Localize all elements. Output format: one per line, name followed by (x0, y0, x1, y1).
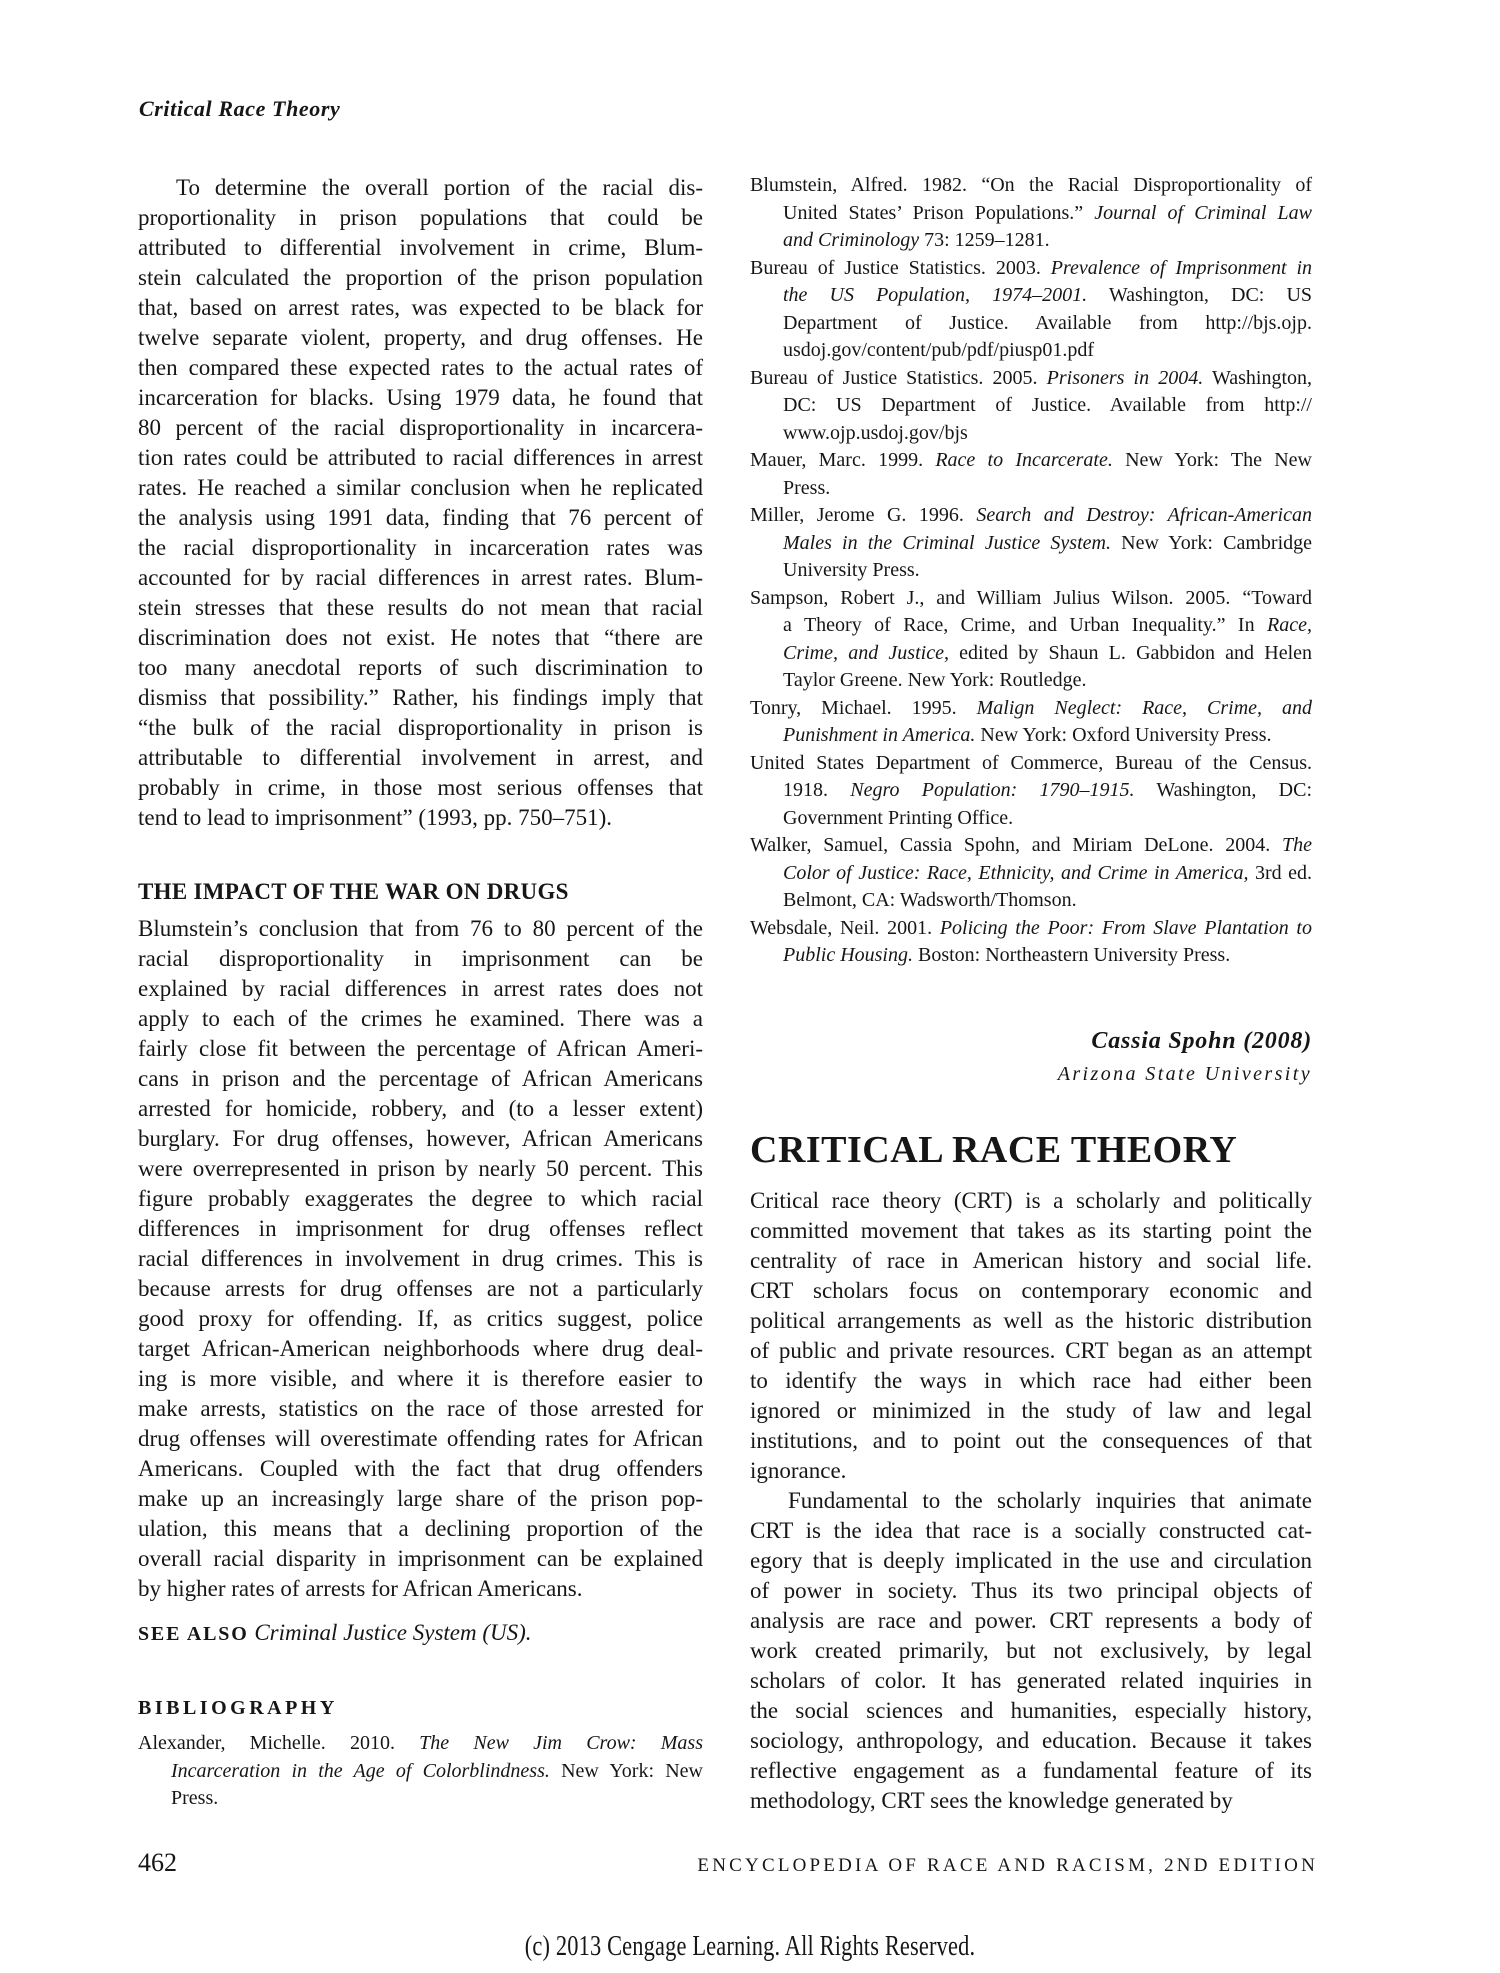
bibliography-entry: Walker, Samuel, Cassia Spohn, and Miriam… (750, 832, 1312, 915)
bibliography-entry: Alexander, Michelle. 2010. The New Jim C… (138, 1730, 703, 1813)
page-number: 462 (138, 1848, 177, 1878)
bibliography-entry: Sampson, Robert J., and William Julius W… (750, 585, 1312, 695)
bibliography-list-right: Blumstein, Alfred. 1982. “On the Racial … (750, 172, 1312, 970)
attribution-affiliation: Arizona State University (750, 1061, 1312, 1087)
see-also-reference: Criminal Justice System (US). (254, 1620, 531, 1645)
bibliography-list-left: Alexander, Michelle. 2010. The New Jim C… (138, 1730, 703, 1813)
section-heading-war-on-drugs: THE IMPACT OF THE WAR ON DRUGS (138, 877, 703, 907)
bibliography-entry: Bureau of Justice Statistics. 2003. Prev… (750, 255, 1312, 365)
copyright-notice: (c) 2013 Cengage Learning. All Rights Re… (150, 1931, 1350, 1963)
bibliography-entry: United States Department of Commerce, Bu… (750, 750, 1312, 833)
bibliography-entry: Mauer, Marc. 1999. Race to Incarcerate. … (750, 447, 1312, 502)
see-also-line: SEE ALSO Criminal Justice System (US). (138, 1618, 703, 1649)
bibliography-heading: BIBLIOGRAPHY (138, 1695, 703, 1721)
article-attribution: Cassia Spohn (2008) Arizona State Univer… (750, 1026, 1312, 1087)
paragraph-war-on-drugs: Blumstein’s conclusion that from 76 to 8… (138, 914, 703, 1604)
running-header: Critical Race Theory (139, 96, 340, 122)
left-column: To determine the overall portion of the … (138, 173, 703, 1813)
see-also-label: SEE ALSO (138, 1623, 249, 1645)
paragraph-blumstein-calculation: To determine the overall portion of the … (138, 173, 703, 833)
bibliography-entry: Tonry, Michael. 1995. Malign Neglect: Ra… (750, 695, 1312, 750)
bibliography-entry: Blumstein, Alfred. 1982. “On the Racial … (750, 172, 1312, 255)
right-column: Blumstein, Alfred. 1982. “On the Racial … (750, 172, 1312, 1816)
attribution-author: Cassia Spohn (2008) (750, 1026, 1312, 1056)
bibliography-entry: Miller, Jerome G. 1996. Search and Destr… (750, 502, 1312, 585)
footer-book-title: ENCYCLOPEDIA OF RACE AND RACISM, 2ND EDI… (697, 1855, 1318, 1877)
bibliography-entry: Websdale, Neil. 2001. Policing the Poor:… (750, 915, 1312, 970)
article-heading-critical-race-theory: CRITICAL RACE THEORY (750, 1127, 1312, 1173)
paragraph-crt-fundamental: Fundamental to the scholarly inquiries t… (750, 1486, 1312, 1816)
bibliography-entry: Bureau of Justice Statistics. 2005. Pris… (750, 365, 1312, 448)
page-footer: 462 ENCYCLOPEDIA OF RACE AND RACISM, 2ND… (138, 1848, 1318, 1878)
paragraph-crt-intro: Critical race theory (CRT) is a scholarl… (750, 1186, 1312, 1486)
